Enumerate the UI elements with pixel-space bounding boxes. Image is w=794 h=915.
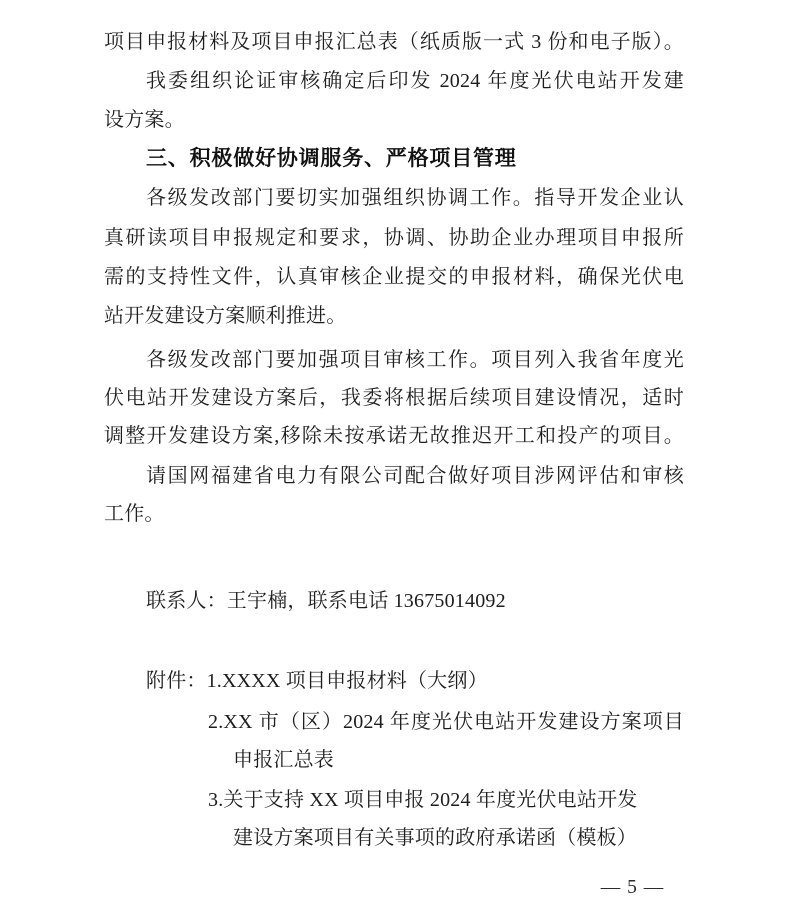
document-line: 我委组织论证审核确定后印发 2024 年度光伏电站开发建	[104, 67, 684, 95]
document-line: 项目申报材料及项目申报汇总表（纸质版一式 3 份和电子版）。	[104, 28, 684, 56]
section-heading: 三、积极做好协调服务、严格项目管理	[104, 145, 684, 173]
document-page: 项目申报材料及项目申报汇总表（纸质版一式 3 份和电子版）。 我委组织论证审核确…	[0, 0, 794, 915]
attachment-line: 3.关于支持 XX 项目申报 2024 年度光伏电站开发	[208, 786, 684, 814]
document-line: 站开发建设方案顺利推进。	[104, 302, 684, 330]
document-line: 需的支持性文件，认真审核企业提交的申报材料，确保光伏电	[104, 263, 684, 291]
document-line: 设方案。	[104, 106, 684, 134]
attachment-line: 建设方案项目有关事项的政府承诺函（模板）	[233, 824, 684, 852]
page-number: — 5 —	[560, 874, 705, 902]
document-line: 各级发改部门要切实加强组织协调工作。指导开发企业认	[104, 184, 684, 212]
contact-line: 联系人：王宇楠，联系电话 13675014092	[104, 587, 684, 615]
document-line: 真研读项目申报规定和要求，协调、协助企业办理项目申报所	[104, 224, 684, 252]
document-line: 各级发改部门要加强项目审核工作。项目列入我省年度光	[104, 346, 684, 374]
attachment-line: 附件：1.XXXX 项目申报材料（大纲）	[104, 667, 684, 695]
attachment-line: 2.XX 市（区）2024 年度光伏电站开发建设方案项目	[208, 708, 684, 736]
document-line: 请国网福建省电力有限公司配合做好项目涉网评估和审核	[104, 462, 684, 490]
document-line: 伏电站开发建设方案后，我委将根据后续项目建设情况，适时	[104, 384, 684, 412]
attachment-line: 申报汇总表	[233, 746, 684, 774]
document-line: 调整开发建设方案,移除未按承诺无故推迟开工和投产的项目。	[104, 422, 684, 450]
document-line: 工作。	[104, 500, 684, 528]
